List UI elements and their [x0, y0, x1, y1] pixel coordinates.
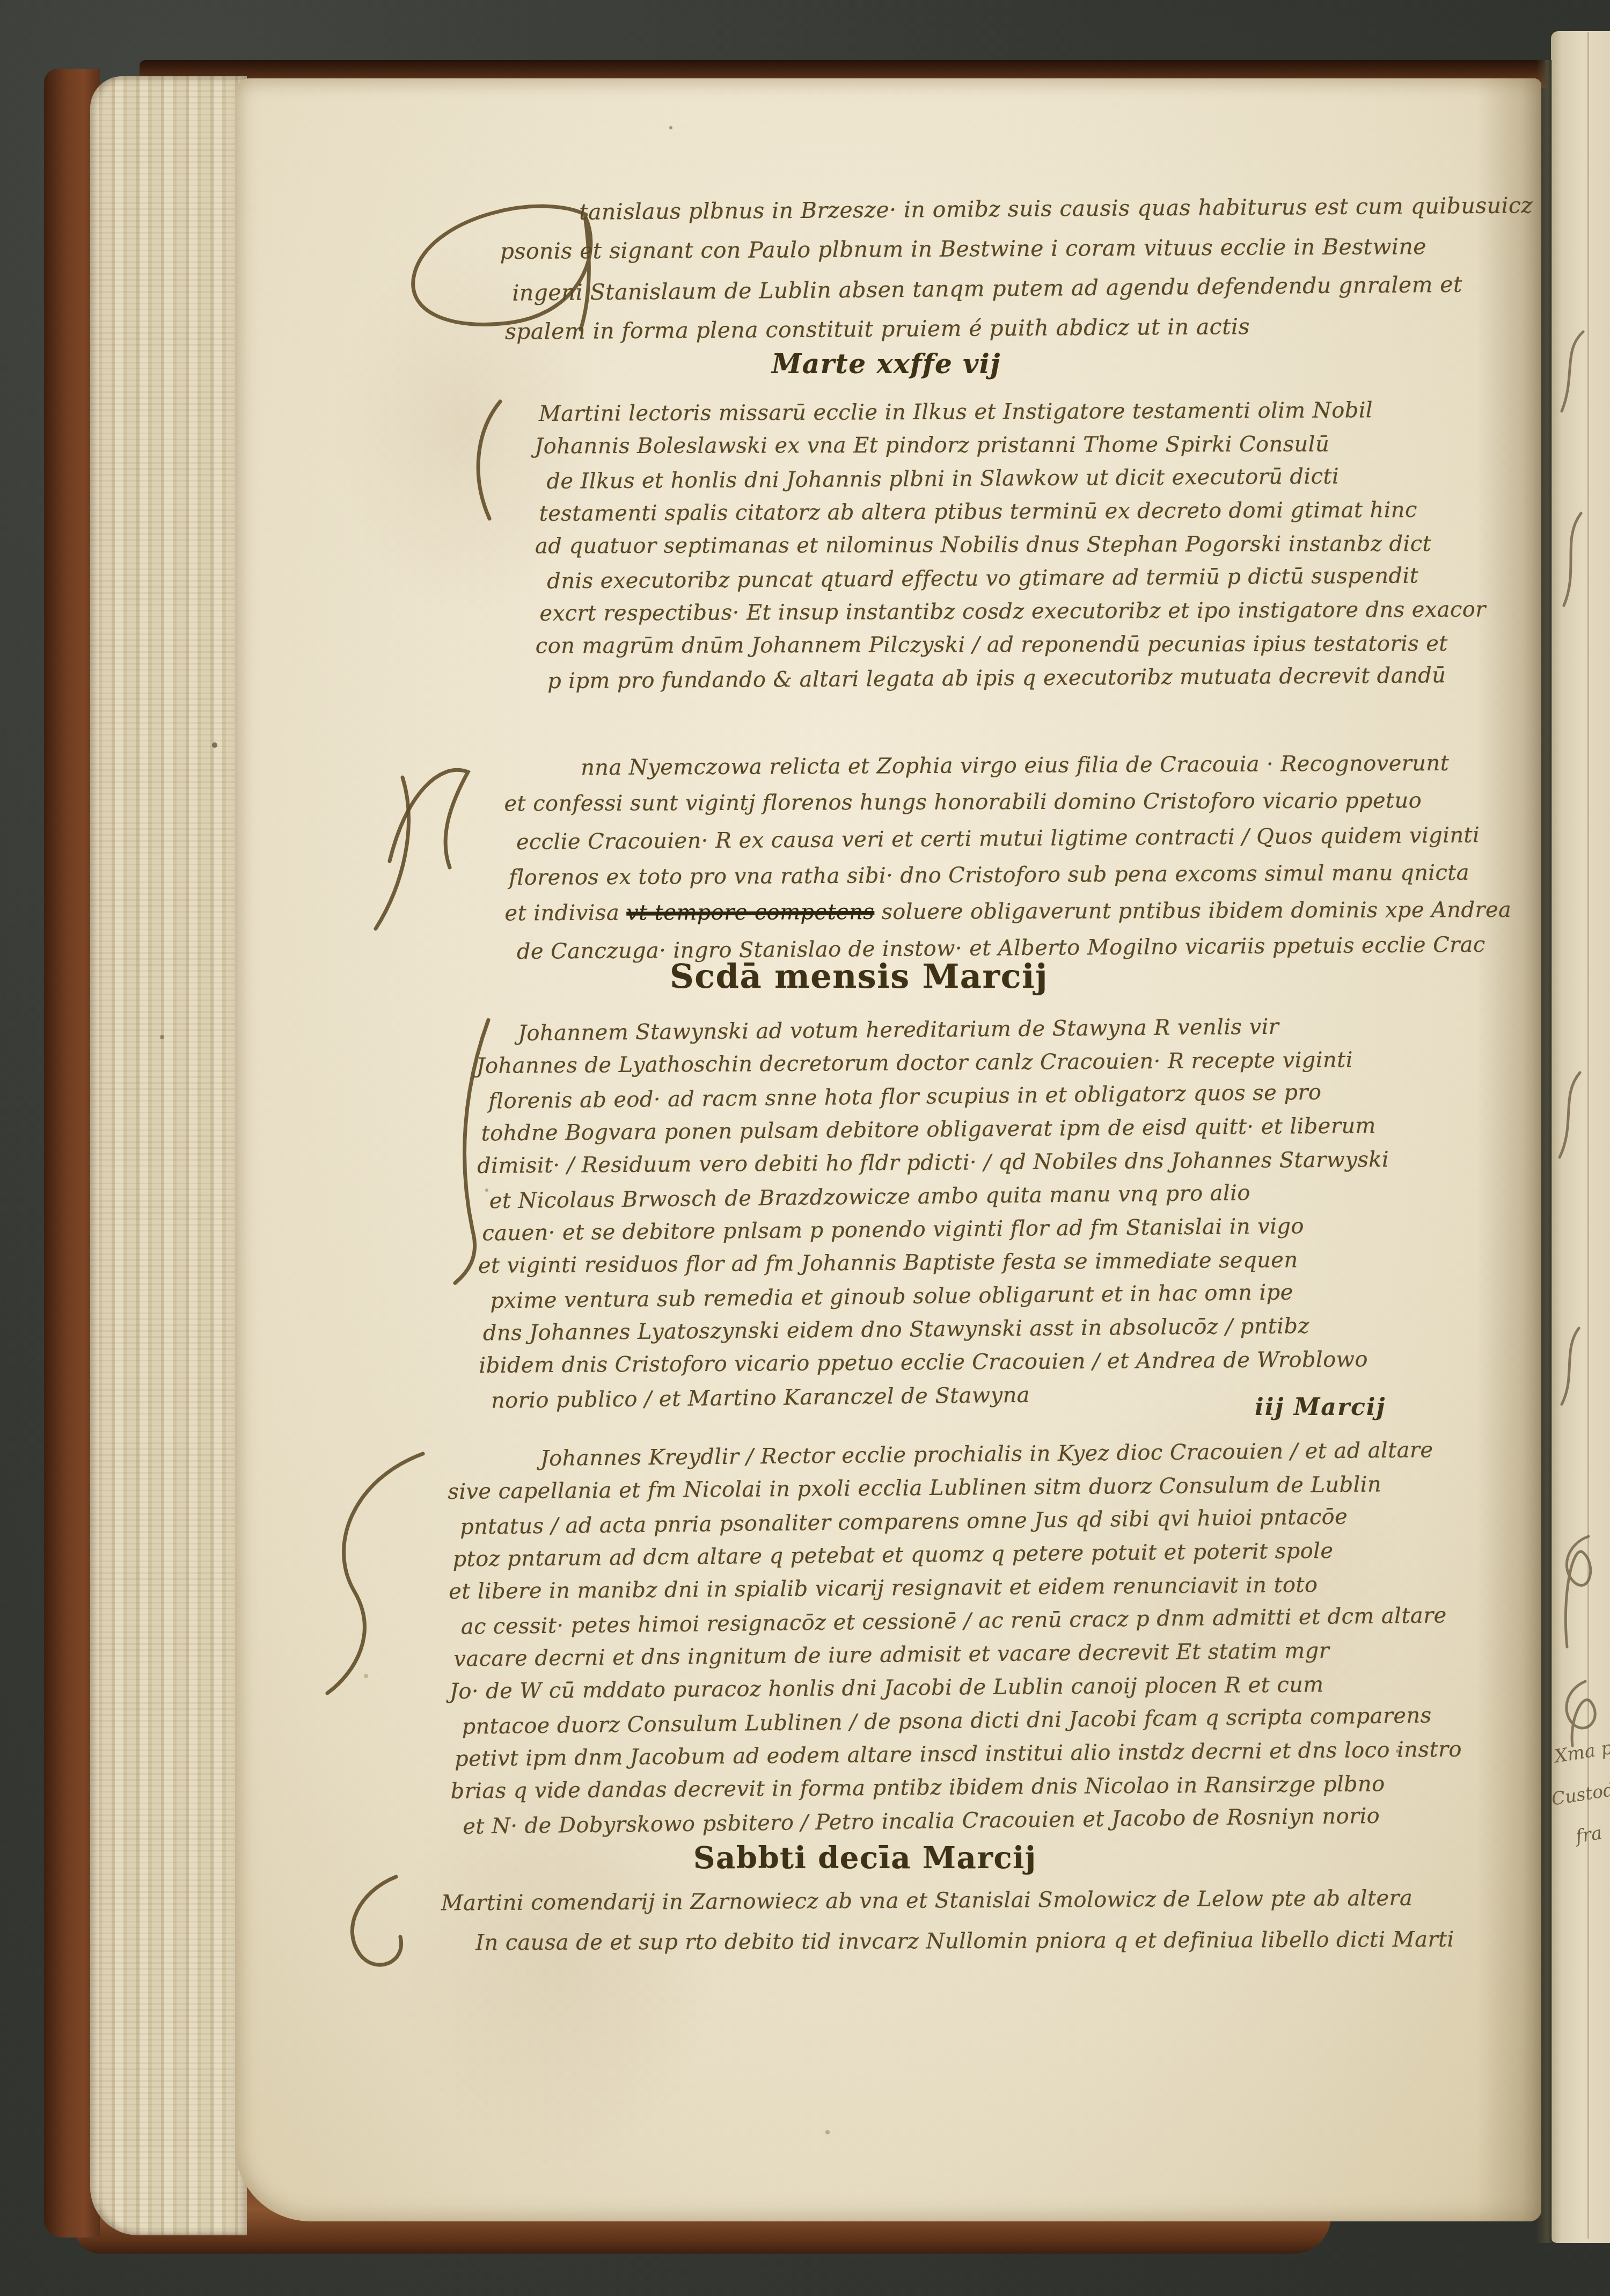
- register-entry: Martini comendarij in Zarnowiecz ab vna …: [441, 1877, 1542, 1965]
- manuscript-line: Johannis Boleslawski ex vna Et pindorz p…: [535, 427, 1538, 463]
- manuscript-line: ad quatuor septimanas et nilominus Nobil…: [535, 527, 1539, 563]
- manuscript-line: et confessi sunt vigintj florenos hungs …: [504, 782, 1537, 822]
- facing-page-pen-stroke: [1551, 1531, 1599, 1651]
- manuscript-line: ecclie Cracouien· R ex causa veri et cer…: [516, 817, 1549, 861]
- initial-flourish-icon: [370, 756, 510, 935]
- manuscript-line: p ipm pro fundando & altari legata ab ip…: [547, 658, 1551, 698]
- manuscript-line: In causa de et sup rto debito tid invcar…: [475, 1919, 1537, 1963]
- manuscript-line: florenos ex toto pro vna ratha sibi· dno…: [509, 854, 1542, 896]
- initial-flourish-icon: [337, 1872, 428, 1971]
- manuscript-line: tanislaus plbnus in Brzesze· in omibz su…: [504, 185, 1540, 232]
- facing-page-pen-stroke: [1553, 511, 1591, 610]
- manuscript-line: Martini lectoris missarū ecclie in Ilkus…: [539, 393, 1542, 431]
- register-entry: nna Nyemczowa relicta et Zophia virgo ei…: [508, 745, 1542, 969]
- register-entry: tanislaus plbnus in Brzesze· in omibz su…: [504, 185, 1541, 351]
- initial-flourish-icon: [321, 1451, 450, 1700]
- register-entry: Johannes Kreydlir / Rector ecclie prochi…: [451, 1432, 1542, 1842]
- manuscript-line-segment: et indivisa: [504, 901, 626, 926]
- dust-specks: [0, 0, 2, 2]
- facing-page-pen-stroke: [1552, 1326, 1590, 1409]
- facing-page-pen-stroke: [1551, 1068, 1589, 1162]
- facing-page-pen-stroke: [1552, 329, 1590, 417]
- manuscript-line: excrt respectibus· Et insup instantibz c…: [539, 593, 1543, 630]
- date-heading: Marte xxffe vij: [772, 348, 1001, 380]
- register-entry: Martini lectoris missarū ecclie in Ilkus…: [539, 393, 1543, 697]
- manuscript-line: dnis executoribz puncat qtuard effectu v…: [547, 558, 1550, 598]
- page-edge-stack: [90, 76, 247, 2235]
- marginal-date-note: iij Marcij: [1255, 1394, 1386, 1421]
- manuscript-line: con magrūm dnūm Johannem Pilczyski / ad …: [536, 627, 1539, 663]
- manuscript-line: psonis et signant con Paulo plbnum in Be…: [500, 226, 1536, 271]
- section-heading: Sabbti decīa Marcij: [693, 1840, 1037, 1876]
- facing-page-fragment: fra: [1574, 1822, 1604, 1847]
- manuscript-photo-scene: tanislaus plbnus in Brzesze· in omibz su…: [0, 0, 1610, 2296]
- manuscript-line: de Ilkus et honlis dni Johannis plbni in…: [546, 458, 1550, 498]
- struck-text: vt tempore competens: [626, 900, 874, 925]
- manuscript-line-segment: soluere obligaverunt pntibus ibidem domi…: [874, 898, 1511, 924]
- manuscript-line: Martini comendarij in Zarnowiecz ab vna …: [441, 1877, 1541, 1924]
- manuscript-line: nna Nyemczowa relicta et Zophia virgo ei…: [508, 745, 1541, 786]
- manuscript-line: spalem in forma plena constituit pruiem …: [505, 304, 1541, 351]
- register-entry: Johannem Stawynski ad votum hereditarium…: [480, 1008, 1543, 1416]
- initial-flourish-icon: [466, 398, 530, 524]
- section-heading: Scdā mensis Marcij: [670, 957, 1048, 996]
- manuscript-line: testamenti spalis citatorz ab altera pti…: [539, 493, 1543, 530]
- manuscript-line: et indivisa vt tempore competens soluere…: [504, 892, 1538, 932]
